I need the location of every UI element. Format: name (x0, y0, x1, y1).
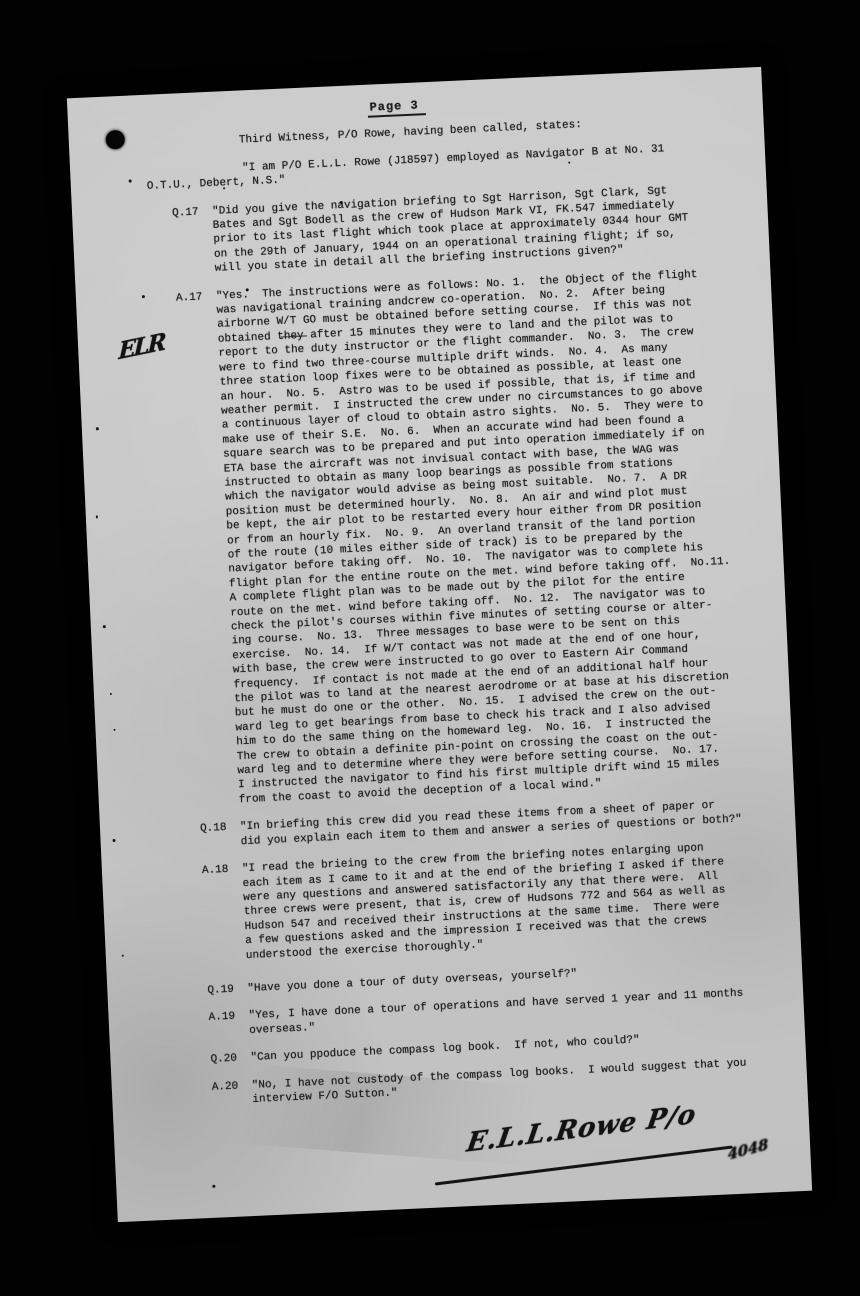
document-page: Page 3 Third Witness, P/O Rowe, having b… (67, 67, 812, 1222)
qa-block-a17: A.17 "Yes. The instructions were as foll… (176, 265, 780, 809)
photo-background: Page 3 Third Witness, P/O Rowe, having b… (0, 0, 860, 1296)
qa-label: A.17 (176, 289, 217, 305)
qa-text: "Did you give the navigation briefing to… (212, 180, 756, 276)
qa-label: Q.19 (207, 982, 248, 998)
qa-label: Q.20 (210, 1051, 251, 1067)
qa-text: "Yes. The instructions were as follows: … (216, 265, 780, 808)
qa-block-q17: Q.17 "Did you give the navigation briefi… (172, 180, 756, 278)
corner-annotation: 4048 (727, 1135, 769, 1164)
qa-label: A.19 (208, 1009, 249, 1025)
qa-text: "I read the brieing to the crew from the… (242, 838, 787, 963)
qa-label: Q.17 (172, 205, 213, 221)
typed-content: Page 3 Third Witness, P/O Rowe, having b… (67, 67, 807, 1114)
qa-label: Q.18 (200, 821, 241, 837)
qa-block-a18: A.18 "I read the brieing to the crew fro… (202, 838, 787, 965)
signature-handwriting: E.L.L.Rowe P/o (465, 1099, 699, 1158)
page-number: Page 3 (367, 98, 426, 118)
qa-label: A.18 (202, 862, 243, 878)
qa-label: A.20 (212, 1079, 253, 1095)
qa-text: "No, I have not custody of the compass l… (251, 1054, 793, 1107)
